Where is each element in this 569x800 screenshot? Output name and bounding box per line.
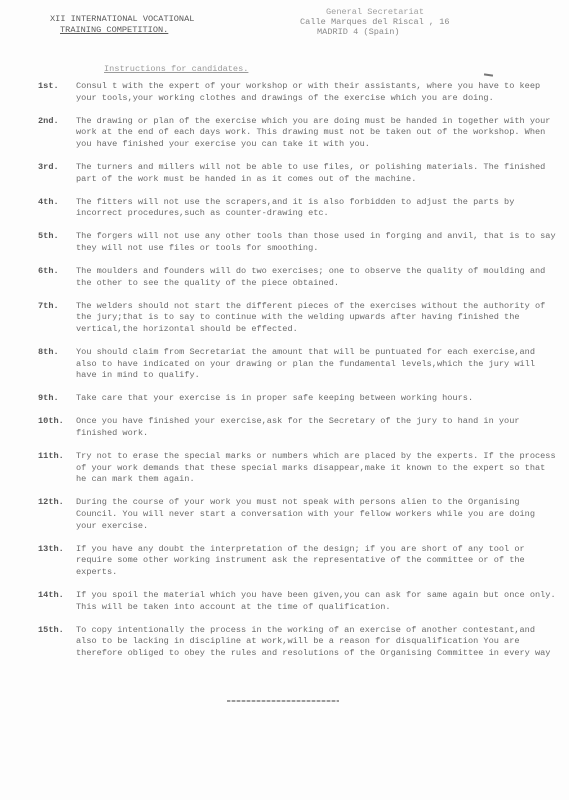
item-number: 3rd. — [38, 162, 59, 174]
instruction-item: 11th.Try not to erase the special marks … — [38, 451, 558, 486]
item-text: You should claim from Secretariat the am… — [76, 347, 535, 380]
document-title: Instructions for candidates. — [104, 64, 248, 74]
item-number: 9th. — [38, 393, 59, 405]
item-number: 15th. — [38, 625, 64, 637]
instruction-list: 1st.Consul t with the expert of your wor… — [38, 81, 558, 671]
instruction-item: 9th.Take care that your exercise is in p… — [38, 393, 558, 405]
item-text: Consul t with the expert of your worksho… — [76, 81, 540, 103]
instruction-item: 14th.If you spoil the material which you… — [38, 590, 558, 613]
item-number: 10th. — [38, 416, 64, 428]
item-text: The forgers will not use any other tools… — [76, 231, 556, 253]
instruction-item: 7th.The welders should not start the dif… — [38, 301, 558, 336]
item-text: The drawing or plan of the exercise whic… — [76, 116, 550, 149]
instruction-item: 13th.If you have any doubt the interpret… — [38, 544, 558, 579]
item-number: 8th. — [38, 347, 59, 359]
item-number: 4th. — [38, 197, 59, 209]
instruction-item: 2nd.The drawing or plan of the exercise … — [38, 116, 558, 151]
address-line-1: General Secretariat — [300, 7, 450, 17]
item-text: If you spoil the material which you have… — [76, 590, 556, 612]
instruction-item: 8th.You should claim from Secretariat th… — [38, 347, 558, 382]
item-text: The welders should not start the differe… — [76, 301, 545, 334]
item-number: 5th. — [38, 231, 59, 243]
item-number: 12th. — [38, 497, 64, 509]
item-text: Take care that your exercise is in prope… — [76, 393, 473, 403]
instruction-item: 10th.Once you have finished your exercis… — [38, 416, 558, 439]
stray-mark — [484, 73, 493, 76]
item-text: If you have any doubt the interpretation… — [76, 544, 525, 577]
item-text: During the course of your work you must … — [76, 497, 535, 530]
address-line-2: Calle Marques del Riscal , 16 — [300, 17, 450, 27]
item-text: Try not to erase the special marks or nu… — [76, 451, 556, 484]
address-line-3: MADRID 4 (Spain) — [300, 27, 450, 37]
footer-divider — [227, 700, 339, 702]
item-text: To copy intentionally the process in the… — [76, 625, 550, 658]
item-text: The turners and millers will not be able… — [76, 162, 545, 184]
instruction-item: 15th.To copy intentionally the process i… — [38, 625, 558, 660]
item-number: 6th. — [38, 266, 59, 278]
item-number: 13th. — [38, 544, 64, 556]
item-number: 11th. — [38, 451, 64, 463]
item-text: Once you have finished your exercise,ask… — [76, 416, 520, 438]
instruction-item: 6th.The moulders and founders will do tw… — [38, 266, 558, 289]
instruction-item: 12th.During the course of your work you … — [38, 497, 558, 532]
header-line-2: TRAINING COMPETITION. — [50, 25, 194, 36]
item-number: 14th. — [38, 590, 64, 602]
instruction-item: 3rd.The turners and millers will not be … — [38, 162, 558, 185]
instruction-item: 5th.The forgers will not use any other t… — [38, 231, 558, 254]
item-number: 7th. — [38, 301, 59, 313]
address-block: General Secretariat Calle Marques del Ri… — [300, 7, 450, 37]
item-number: 1st. — [38, 81, 59, 93]
item-number: 2nd. — [38, 116, 59, 128]
header-line-1: XII INTERNATIONAL VOCATIONAL — [50, 14, 194, 25]
instruction-item: 1st.Consul t with the expert of your wor… — [38, 81, 558, 104]
item-text: The moulders and founders will do two ex… — [76, 266, 545, 288]
item-text: The fitters will not use the scrapers,an… — [76, 197, 514, 219]
organization-header: XII INTERNATIONAL VOCATIONAL TRAINING CO… — [50, 14, 194, 36]
instruction-item: 4th.The fitters will not use the scraper… — [38, 197, 558, 220]
